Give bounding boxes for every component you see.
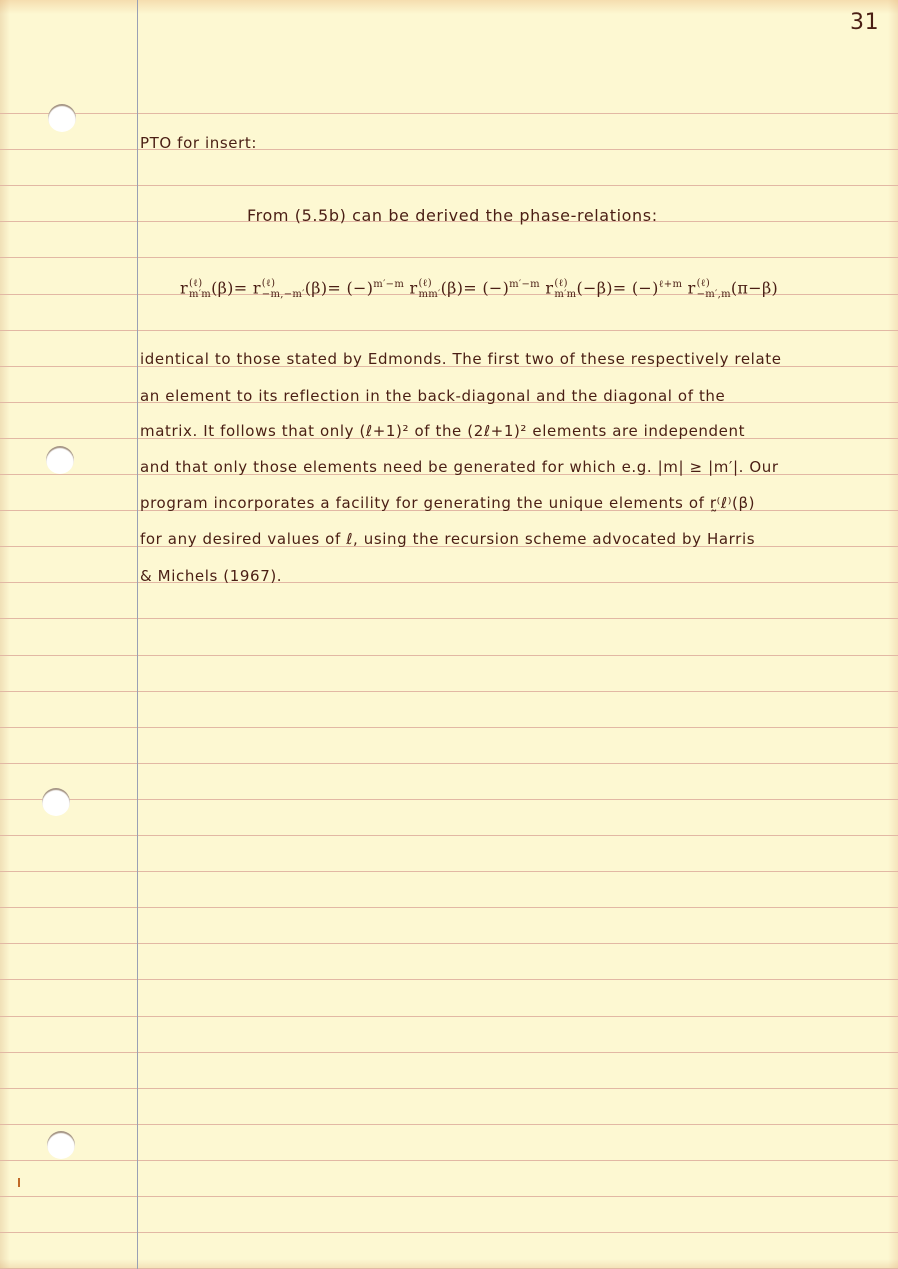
rule-line	[0, 618, 898, 619]
rule-line	[0, 1124, 898, 1125]
paragraph-line: & Michels (1967).	[140, 567, 282, 585]
notebook-page: 31 PTO for insert: From (5.5b) can be de…	[0, 0, 898, 1269]
margin-line	[137, 0, 138, 1269]
header-note: PTO for insert:	[140, 134, 257, 152]
rule-line	[0, 691, 898, 692]
rule-line	[0, 943, 898, 944]
rule-line	[0, 582, 898, 583]
paragraph-line: identical to those stated by Edmonds. Th…	[140, 350, 782, 368]
rule-line	[0, 330, 898, 331]
paragraph-line: for any desired values of ℓ, using the r…	[140, 530, 755, 548]
paragraph-line: an element to its reflection in the back…	[140, 387, 725, 405]
page-number: 31	[850, 10, 879, 35]
punch-hole	[46, 446, 74, 474]
rule-line	[0, 799, 898, 800]
rule-line	[0, 727, 898, 728]
punch-hole	[47, 1131, 75, 1159]
rule-line	[0, 1196, 898, 1197]
rule-line	[0, 1088, 898, 1089]
equation-term: = (−)m′−m r(ℓ)m′m(−β)	[463, 278, 613, 300]
rule-line	[0, 763, 898, 764]
equation-term: = (−)m′−m r(ℓ)mm′(β)	[327, 278, 463, 300]
intro-line: From (5.5b) can be derived the phase-rel…	[247, 206, 658, 225]
rule-line	[0, 1052, 898, 1053]
paragraph-line: matrix. It follows that only (ℓ+1)² of t…	[140, 422, 745, 440]
rule-line	[0, 113, 898, 114]
punch-hole	[42, 788, 70, 816]
rule-line	[0, 185, 898, 186]
rule-line	[0, 907, 898, 908]
rule-line	[0, 979, 898, 980]
rule-line	[0, 257, 898, 258]
rule-line	[0, 871, 898, 872]
rule-line	[0, 655, 898, 656]
rule-line	[0, 835, 898, 836]
punch-hole	[48, 104, 76, 132]
paragraph-line: program incorporates a facility for gene…	[140, 494, 755, 512]
rule-line	[0, 1160, 898, 1161]
equation-term: = r(ℓ)−m,−m′(β)	[234, 278, 328, 300]
rule-line	[0, 1232, 898, 1233]
paragraph-line: and that only those elements need be gen…	[140, 458, 779, 476]
equation-term: = (−)ℓ+m r(ℓ)−m′,m(π−β)	[613, 278, 778, 300]
rule-line	[0, 149, 898, 150]
stray-ink-mark	[18, 1178, 20, 1187]
phase-relations-equation: r(ℓ)m′m(β) = r(ℓ)−m,−m′(β) = (−)m′−m r(ℓ…	[180, 278, 778, 300]
rule-line	[0, 1016, 898, 1017]
equation-term: r(ℓ)m′m(β)	[180, 278, 234, 300]
